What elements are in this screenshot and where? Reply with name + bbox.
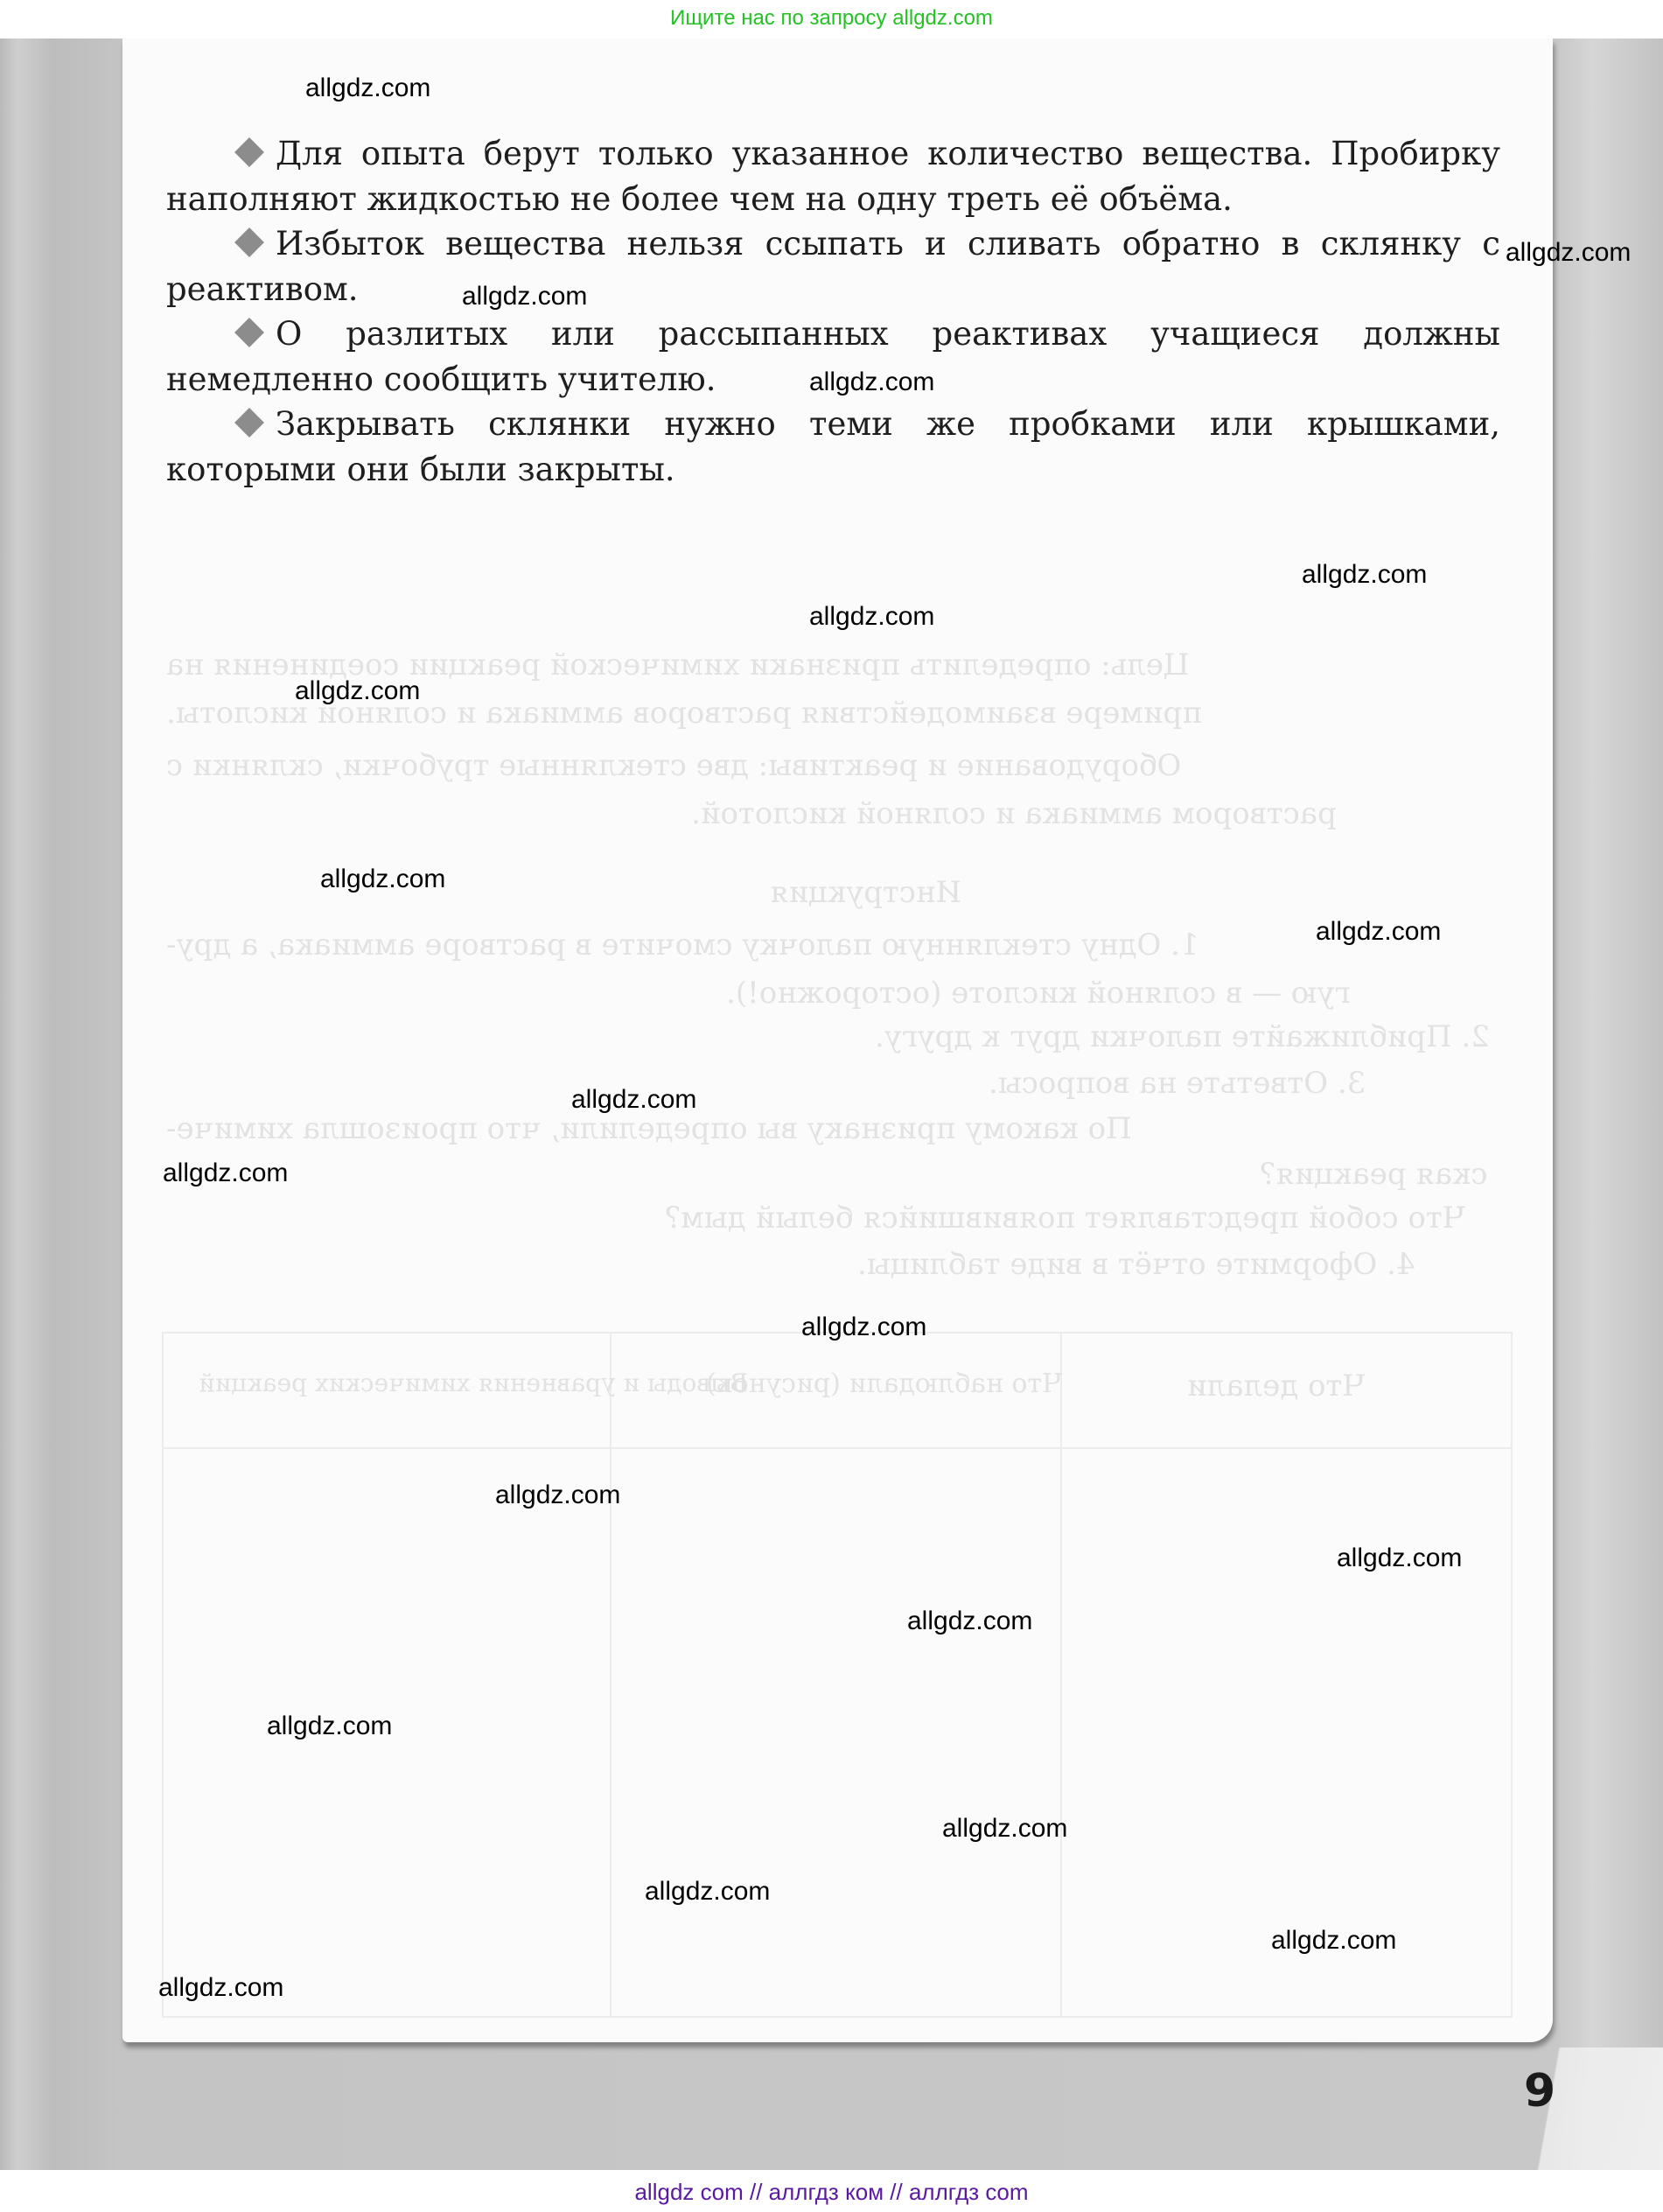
watermark: allgdz.com xyxy=(809,602,934,632)
rule-text: Избыток вещества нельзя ссыпать и сливат… xyxy=(166,225,1500,308)
watermark: allgdz.com xyxy=(1271,1926,1396,1956)
ghost-line: гую — в соляной кислоте (осторожно!). xyxy=(726,976,1350,1011)
watermark: allgdz.com xyxy=(1316,917,1441,947)
ghost-line: 2. Приближайте палочки друг к другу. xyxy=(875,1019,1490,1054)
ghost-line: 4. Оформите отчёт в виде таблицы. xyxy=(857,1247,1415,1282)
footer-links[interactable]: allgdz com // аллгдз ком // аллгдз com xyxy=(0,2173,1663,2212)
watermark: allgdz.com xyxy=(1302,560,1427,590)
diamond-bullet-icon xyxy=(234,318,264,347)
watermark: allgdz.com xyxy=(305,73,430,103)
ghost-line: Что собой представляет появившийся белый… xyxy=(665,1200,1465,1235)
watermark: allgdz.com xyxy=(462,282,587,311)
watermark: allgdz.com xyxy=(907,1606,1032,1636)
rule-paragraph: Закрывать склянки нужно теми же пробками… xyxy=(166,402,1500,492)
diamond-bullet-icon xyxy=(234,227,264,257)
safety-rules-text: Для опыта берут только указанное количес… xyxy=(166,131,1500,492)
watermark: allgdz.com xyxy=(158,1973,283,2003)
ghost-line: По какому признаку вы определили, что пр… xyxy=(166,1111,1132,1146)
ghost-table-header-cell: Выводы и уравнения химических реакций xyxy=(199,1368,748,1397)
rule-paragraph: Для опыта берут только указанное количес… xyxy=(166,131,1500,221)
watermark: allgdz.com xyxy=(495,1480,620,1510)
watermark: allgdz.com xyxy=(1337,1543,1462,1573)
watermark: allgdz.com xyxy=(163,1158,288,1188)
watermark: allgdz.com xyxy=(295,676,420,706)
watermark: allgdz.com xyxy=(320,864,445,894)
watermark: allgdz.com xyxy=(1506,238,1631,268)
top-banner[interactable]: Ищите нас по запросу allgdz.com xyxy=(0,0,1663,38)
page-number: 9 xyxy=(1524,2065,1555,2117)
ghost-line: раствором аммиака и соляной кислотой. xyxy=(691,796,1337,831)
rule-text: Для опыта берут только указанное количес… xyxy=(166,135,1500,218)
ghost-table-divider xyxy=(1060,1333,1062,2016)
ghost-table: Что делали Что наблюдали (рисунок) Вывод… xyxy=(162,1332,1513,2018)
ghost-table-header-cell: Что делали xyxy=(1187,1368,1366,1403)
rule-paragraph: Избыток вещества нельзя ссыпать и сливат… xyxy=(166,221,1500,311)
ghost-line: Инструкция xyxy=(770,875,961,910)
rule-text: Закрывать склянки нужно теми же пробками… xyxy=(166,405,1500,488)
ghost-line: Оборудование и реактивы: две стеклянные … xyxy=(166,748,1181,783)
ghost-table-header-cell: Что наблюдали (рисунок) xyxy=(706,1368,1062,1399)
diamond-bullet-icon xyxy=(234,408,264,437)
watermark: allgdz.com xyxy=(267,1711,392,1741)
ghost-line: 3. Ответьте на вопросы. xyxy=(989,1066,1366,1101)
watermark: allgdz.com xyxy=(942,1814,1067,1844)
watermark: allgdz.com xyxy=(809,367,934,397)
watermark: allgdz.com xyxy=(571,1085,696,1115)
ghost-line: 1. Одну стеклянную палочку смочите в рас… xyxy=(166,927,1199,962)
watermark: allgdz.com xyxy=(645,1877,770,1907)
ghost-line: ская реакция? xyxy=(1260,1157,1487,1192)
ghost-table-divider xyxy=(610,1333,611,2016)
watermark: allgdz.com xyxy=(801,1312,926,1342)
diamond-bullet-icon xyxy=(234,137,264,167)
